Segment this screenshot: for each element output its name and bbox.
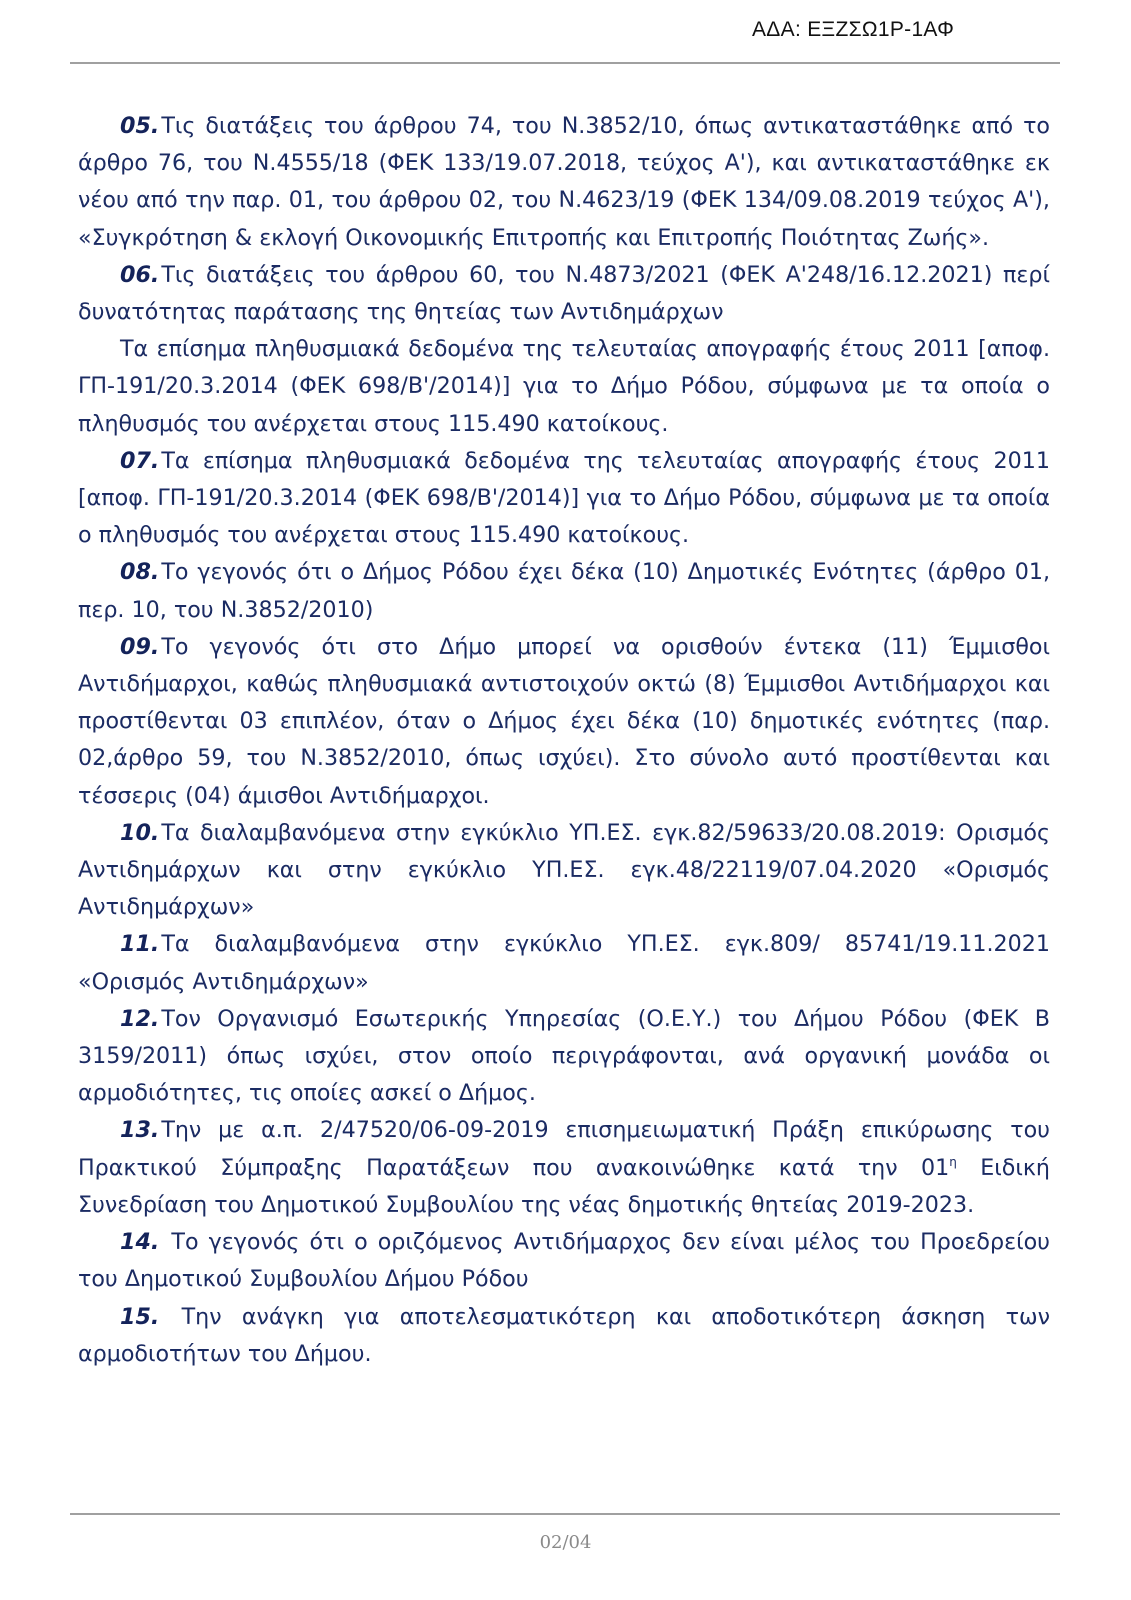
paragraph-08: 08.Το γεγονός ότι ο Δήμος Ρόδου έχει δέκ… [78,554,1050,628]
paragraph-number: 07. [120,448,159,474]
paragraph-number: 14. [120,1229,159,1255]
paragraph-text: Τις διατάξεις του άρθρου 74, του Ν.3852/… [78,113,1050,251]
header-divider [70,62,1060,64]
paragraph-number: 10. [120,820,159,846]
paragraph-number: 11. [120,931,159,957]
paragraph-text: Το γεγονός ότι στο Δήμο μπορεί να ορισθο… [78,634,1050,809]
paragraph-text: Τον Οργανισμό Εσωτερικής Υπηρεσίας (Ο.Ε.… [78,1006,1050,1106]
paragraph-13: 13.Την με α.π. 2/47520/06-09-2019 επισημ… [78,1112,1050,1224]
paragraph-05: 05.Τις διατάξεις του άρθρου 74, του Ν.38… [78,108,1050,257]
paragraph-number: 05. [120,113,159,139]
paragraph-09: 09.Το γεγονός ότι στο Δήμο μπορεί να ορι… [78,629,1050,815]
paragraph-10: 10.Τα διαλαμβανόμενα στην εγκύκλιο ΥΠ.ΕΣ… [78,815,1050,927]
paragraph-text: Τα διαλαμβανόμενα στην εγκύκλιο ΥΠ.ΕΣ. ε… [78,820,1050,920]
paragraph-11: 11.Τα διαλαμβανόμενα στην εγκύκλιο ΥΠ.ΕΣ… [78,926,1050,1000]
paragraph-14: 14. Το γεγονός ότι ο οριζόμενος Αντιδήμα… [78,1224,1050,1298]
paragraph-text: Τα επίσημα πληθυσμιακά δεδομένα της τελε… [78,336,1050,436]
paragraph-number: 06. [120,262,159,288]
document-body: 05.Τις διατάξεις του άρθρου 74, του Ν.38… [78,108,1050,1373]
paragraph-text: Την με α.π. 2/47520/06-09-2019 επισημειω… [78,1117,1050,1180]
paragraph-07: 07.Τα επίσημα πληθυσμιακά δεδομένα της τ… [78,443,1050,555]
ada-code: ΑΔΑ: ΕΞΖΣΩ1Ρ-1ΑΦ [752,18,954,42]
paragraph-text: Την ανάγκη για αποτελεσματικότερη και απ… [78,1304,1050,1367]
paragraph-text: Το γεγονός ότι ο Δήμος Ρόδου έχει δέκα (… [78,559,1050,622]
paragraph-number: 13. [120,1117,159,1143]
paragraph-12: 12.Τον Οργανισμό Εσωτερικής Υπηρεσίας (Ο… [78,1001,1050,1113]
paragraph-number: 15. [120,1304,159,1330]
paragraph-text: Τα διαλαμβανόμενα στην εγκύκλιο ΥΠ.ΕΣ. ε… [78,931,1050,994]
paragraph-text: Τις διατάξεις του άρθρου 60, του Ν.4873/… [78,262,1050,325]
paragraph-06: 06.Τις διατάξεις του άρθρου 60, του Ν.48… [78,257,1050,331]
paragraph-text: Τα επίσημα πληθυσμιακά δεδομένα της τελε… [78,448,1050,548]
paragraph-number: 09. [120,634,159,660]
paragraph-15: 15. Την ανάγκη για αποτελεσματικότερη κα… [78,1299,1050,1373]
paragraph-text: Το γεγονός ότι ο οριζόμενος Αντιδήμαρχος… [78,1229,1050,1292]
page-number: 02/04 [0,1532,1131,1553]
ordinal-superscript: η [949,1155,957,1169]
footer-divider [70,1513,1060,1515]
paragraph-number: 08. [120,559,159,585]
paragraph-number: 12. [120,1006,159,1032]
paragraph-unnumbered: Τα επίσημα πληθυσμιακά δεδομένα της τελε… [78,331,1050,443]
